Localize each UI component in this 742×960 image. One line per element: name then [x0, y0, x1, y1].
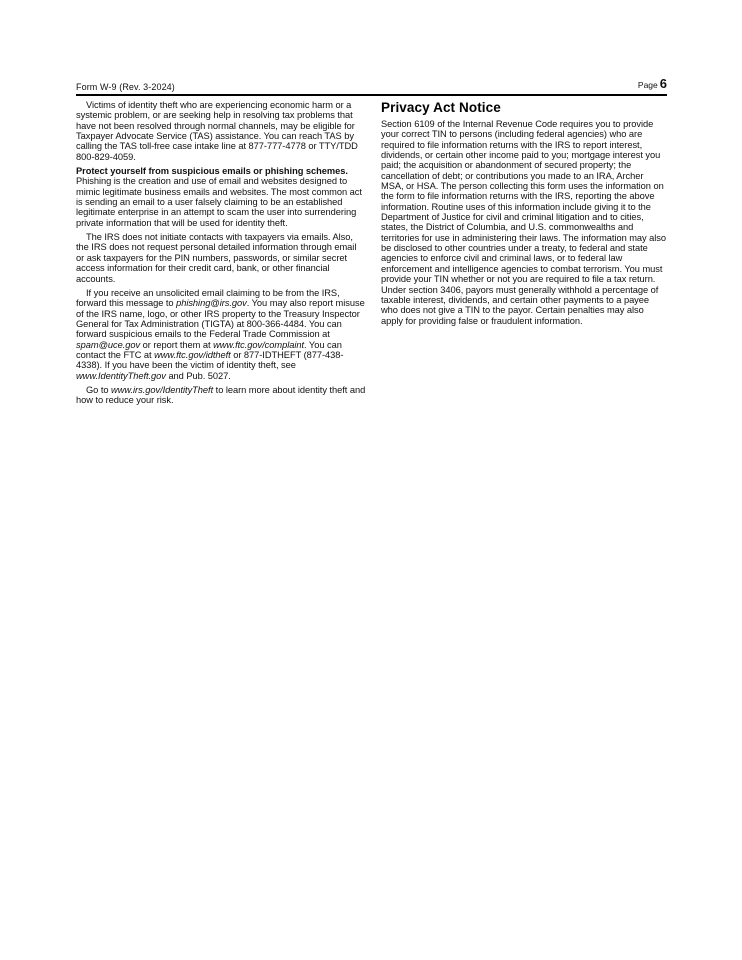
privacy-act-notice-heading: Privacy Act Notice — [381, 100, 667, 115]
text: or report them at — [140, 340, 213, 350]
bold-text: Protect yourself from suspicious emails … — [76, 166, 348, 176]
right-column: Privacy Act Notice Section 6109 of the I… — [381, 100, 667, 410]
paragraph: Victims of identity theft who are experi… — [76, 100, 366, 162]
text: Phishing is the creation and use of emai… — [76, 176, 362, 227]
header-rule — [76, 94, 667, 96]
italic-text: phishing@irs.gov — [176, 298, 247, 308]
left-column: Victims of identity theft who are experi… — [76, 100, 366, 410]
text: The IRS does not initiate contacts with … — [76, 232, 356, 283]
form-id-header: Form W-9 (Rev. 3-2024) — [76, 82, 175, 92]
page-label: Page — [638, 80, 658, 90]
paragraph: Protect yourself from suspicious emails … — [76, 166, 366, 228]
text: Victims of identity theft who are experi… — [76, 100, 358, 162]
document-page: Form W-9 (Rev. 3-2024) Page6 Victims of … — [0, 0, 742, 960]
paragraph: Section 6109 of the Internal Revenue Cod… — [381, 119, 667, 326]
italic-text: www.irs.gov/IdentityTheft — [111, 385, 213, 395]
italic-text: www.ftc.gov/idtheft — [154, 350, 231, 360]
text: Go to — [86, 385, 111, 395]
italic-text: www.IdentityTheft.gov — [76, 371, 166, 381]
content-columns: Victims of identity theft who are experi… — [76, 100, 667, 410]
paragraph: The IRS does not initiate contacts with … — [76, 232, 366, 284]
italic-text: spam@uce.gov — [76, 340, 140, 350]
paragraph: Go to www.irs.gov/IdentityTheft to learn… — [76, 385, 366, 406]
privacy-act-notice-body: Section 6109 of the Internal Revenue Cod… — [381, 119, 667, 326]
page-number-header: Page6 — [638, 76, 667, 91]
text: Section 6109 of the Internal Revenue Cod… — [381, 119, 666, 326]
paragraph: If you receive an unsolicited email clai… — [76, 288, 366, 381]
text: and Pub. 5027. — [166, 371, 231, 381]
page-number: 6 — [660, 76, 667, 91]
italic-text: www.ftc.gov/complaint — [213, 340, 304, 350]
